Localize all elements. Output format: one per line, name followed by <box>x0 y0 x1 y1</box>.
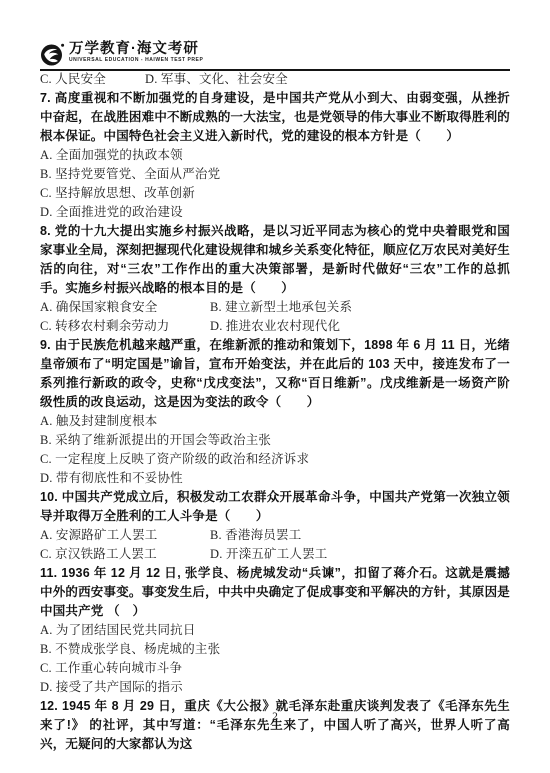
option-item: C. 坚持解放思想、改革创新 <box>40 184 510 203</box>
option-item: B. 建立新型土地承包关系 <box>210 298 352 317</box>
option-item: A. 为了团结国民党共同抗日 <box>40 621 510 640</box>
question-stem: 7. 高度重视和不断加强党的自身建设，是中国共产党从小到大、由弱变强，从挫折中奋… <box>40 89 510 146</box>
option-item: C. 工作重心转向城市斗争 <box>40 659 510 678</box>
option-item: D. 带有彻底性和不妥协性 <box>40 469 510 488</box>
option-row: A. 确保国家粮食安全B. 建立新型土地承包关系 <box>40 298 510 317</box>
option-item: D. 开滦五矿工人罢工 <box>210 545 327 564</box>
option-item: C. 人民安全 <box>40 70 145 89</box>
question-stem: 9. 由于民族危机越来越严重，在维新派的推动和策划下，1898 年 6 月 11… <box>40 336 510 412</box>
option-item: D. 军事、文化、社会安全 <box>145 70 288 89</box>
question-stem: 11. 1936 年 12 月 12 日, 张学良、杨虎城发动“兵谏”，扣留了蒋… <box>40 564 510 621</box>
question-stem: 8. 党的十九大提出实施乡村振兴战略，是以习近平同志为核心的党中央着眼党和国家事… <box>40 222 510 298</box>
option-item: B. 坚持党要管党、全面从严治党 <box>40 165 510 184</box>
brand-tagline: UNIVERSAL EDUCATION - HAIWEN TEST PREP <box>69 57 203 64</box>
option-item: D. 推进农业农村现代化 <box>210 317 340 336</box>
question-list: C. 人民安全D. 军事、文化、社会安全7. 高度重视和不断加强党的自身建设，是… <box>40 70 510 754</box>
option-row: C. 人民安全D. 军事、文化、社会安全 <box>40 70 510 89</box>
option-item: A. 安源路矿工人罢工 <box>40 526 210 545</box>
option-item: A. 确保国家粮食安全 <box>40 298 210 317</box>
brand-header: 万学教育·海文考研 UNIVERSAL EDUCATION - HAIWEN T… <box>40 41 510 71</box>
page-number: 2 <box>272 711 278 723</box>
option-item: D. 接受了共产国际的指示 <box>40 678 510 697</box>
option-item: B. 香港海员罢工 <box>210 526 301 545</box>
question-stem: 10. 中国共产党成立后，积极发动工农群众开展革命斗争，中国共产党第一次独立领导… <box>40 488 510 526</box>
option-item: A. 全面加强党的执政本领 <box>40 146 510 165</box>
option-item: C. 一定程度上反映了资产阶级的政治和经济诉求 <box>40 450 510 469</box>
brand-name: 万学教育·海文考研 <box>69 41 203 57</box>
option-item: A. 触及封建制度根本 <box>40 412 510 431</box>
option-item: C. 京汉铁路工人罢工 <box>40 545 210 564</box>
brand-logo-icon <box>40 41 65 67</box>
question-stem: 12. 1945 年 8 月 29 日，重庆《大公报》就毛泽东赴重庆谈判发表了《… <box>40 697 510 754</box>
option-row: C. 京汉铁路工人罢工D. 开滦五矿工人罢工 <box>40 545 510 564</box>
option-row: A. 安源路矿工人罢工B. 香港海员罢工 <box>40 526 510 545</box>
option-item: C. 转移农村剩余劳动力 <box>40 317 210 336</box>
exam-document-page: 万学教育·海文考研 UNIVERSAL EDUCATION - HAIWEN T… <box>0 0 550 773</box>
option-item: B. 采纳了维新派提出的开国会等政治主张 <box>40 431 510 450</box>
page-footer: 2 <box>0 707 550 725</box>
option-row: C. 转移农村剩余劳动力D. 推进农业农村现代化 <box>40 317 510 336</box>
option-item: D. 全面推进党的政治建设 <box>40 203 510 222</box>
option-item: B. 不赞成张学良、杨虎城的主张 <box>40 640 510 659</box>
